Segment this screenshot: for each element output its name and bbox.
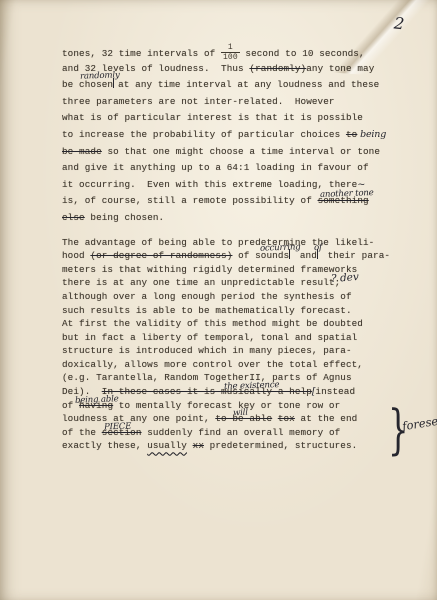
typed-text: doxically, allows more control over the … xyxy=(62,359,363,370)
handwritten-note: being xyxy=(357,129,386,140)
text-line: be chosenrandomlyat any time interval at… xyxy=(62,77,414,94)
typed-text: second to 10 seconds, xyxy=(240,48,365,59)
typed-text-underlined: usually xyxy=(147,440,187,451)
typed-text: exactly these, xyxy=(62,440,147,451)
text-line: such results is able to be mathematicall… xyxy=(62,304,414,318)
insertion-caret: of xyxy=(317,249,322,259)
text-line: of the sectionPIECE suddenly find an ove… xyxy=(62,426,414,440)
typed-text: there is at any one time an unpredictabl… xyxy=(62,277,340,288)
typed-text: to mentally forecast key or tone row or xyxy=(113,400,340,411)
typed-text: loudness at any one point, xyxy=(62,413,215,424)
typed-text: suddenly find an overall memory of xyxy=(142,427,341,438)
typed-text: being chosen. xyxy=(85,212,165,223)
struck-out-text: (randomly) xyxy=(249,63,306,74)
fraction: 1100 xyxy=(221,44,240,62)
struck-out-text: havingbeing able xyxy=(79,400,113,411)
handwritten-correction: randomly xyxy=(80,71,120,80)
handwritten-correction: the existence xyxy=(224,381,280,391)
handwritten-margin-query: ? dev xyxy=(331,271,360,285)
insertion-caret: occurring xyxy=(289,249,294,259)
insertion-caret: randomly xyxy=(113,78,118,88)
handwritten-correction: being able xyxy=(75,395,119,405)
paragraph: tones, 32 time intervals of 1100 second … xyxy=(62,44,414,227)
text-line: three parameters are not inter-related. … xyxy=(62,94,414,111)
struck-out-text: sectionPIECE xyxy=(102,427,142,438)
typed-text: structure is introduced which in many pi… xyxy=(62,345,352,356)
text-line: although over a long enough period the s… xyxy=(62,290,414,304)
text-line: hood (or degree of randomness) of sounds… xyxy=(62,249,414,263)
struck-out-text: to be ablewill xyxy=(215,413,272,424)
typed-text: instead xyxy=(315,386,355,397)
typed-text: three parameters are not inter-related. … xyxy=(62,96,335,107)
text-line: be made so that one might choose a time … xyxy=(62,144,414,161)
text-line: and give it anything up to a 64:1 loadin… xyxy=(62,160,414,177)
text-line: meters is that withing rigidly determine… xyxy=(62,263,414,277)
text-line: structure is introduced which in many pi… xyxy=(62,344,414,358)
struck-out-text: else xyxy=(62,212,85,223)
typed-text: tones, 32 time intervals of xyxy=(62,48,221,59)
text-line: but in fact a liberty of temporal, tonal… xyxy=(62,331,414,345)
typed-text: so that one might choose a time interval… xyxy=(102,146,380,157)
typed-text: at any time interval at any loudness and… xyxy=(118,79,379,90)
paragraph: The advantage of being able to predeterm… xyxy=(62,236,414,454)
text-line: The advantage of being able to predeterm… xyxy=(62,236,414,250)
typed-text: At first the validity of this method mig… xyxy=(62,318,363,329)
text-line: to increase the probability of particula… xyxy=(62,127,414,144)
text-line: is, of course, still a remote possibilit… xyxy=(62,193,414,210)
struck-out-text: to xyxy=(346,129,357,140)
typed-text: meters is that withing rigidly determine… xyxy=(62,264,357,275)
text-line: exactly these, usually xx predetermined,… xyxy=(62,439,414,453)
handwritten-correction: PIECE xyxy=(104,422,132,431)
typed-text: what is of particular interest is that i… xyxy=(62,112,363,123)
struck-out-text: somethinganother tone xyxy=(318,195,369,206)
typed-text: The advantage of being able to predeterm… xyxy=(62,237,374,248)
typed-text: any tone may xyxy=(306,63,374,74)
typed-text: but in fact a liberty of temporal, tonal… xyxy=(62,332,357,343)
struck-out-text: be made xyxy=(62,146,102,157)
text-line: doxically, allows more control over the … xyxy=(62,358,414,372)
typed-text: (e.g. Tarantella, Random TogetherII, par… xyxy=(62,372,352,383)
typed-text: and give it anything up to a 64:1 loadin… xyxy=(62,162,369,173)
text-line: At first the validity of this method mig… xyxy=(62,317,414,331)
typed-text: such results is able to be mathematicall… xyxy=(62,305,352,316)
typed-text: their para- xyxy=(322,250,390,261)
typed-text: hood xyxy=(62,250,90,261)
handwritten-correction: of xyxy=(314,244,322,252)
text-line: there is at any one time an unpredictabl… xyxy=(62,276,414,290)
handwritten-correction: another tone xyxy=(319,189,373,199)
typed-text: of the xyxy=(62,427,102,438)
handwritten-page-number: 2 xyxy=(393,14,405,34)
typed-text: it occurring. Even with this extreme loa… xyxy=(62,179,357,190)
struck-out-text: (or degree of randomness) xyxy=(90,250,232,261)
typed-text: is, of course, still a remote possibilit… xyxy=(62,195,318,206)
typed-text: to increase the probability of particula… xyxy=(62,129,346,140)
handwritten-correction: will xyxy=(233,409,248,418)
typed-text: at the end xyxy=(295,413,357,424)
struck-out-text: xx xyxy=(193,440,204,451)
handwritten-correction: occurring xyxy=(260,243,301,252)
text-line: tones, 32 time intervals of 1100 second … xyxy=(62,44,414,61)
fraction-numerator: 1 xyxy=(221,44,240,52)
text-block: tones, 32 time intervals of 1100 second … xyxy=(62,44,414,453)
text-line: what is of particular interest is that i… xyxy=(62,110,414,127)
typed-text: although over a long enough period the s… xyxy=(62,291,352,302)
typewritten-manuscript-page: 2 tones, 32 time intervals of 1100 secon… xyxy=(0,0,437,600)
struck-out-text: tox xyxy=(278,413,295,424)
text-line: else being chosen. xyxy=(62,210,414,227)
struck-out-text: In these cases it is musically a helpthe… xyxy=(102,386,312,397)
typed-text: predetermined, structures. xyxy=(204,440,357,451)
